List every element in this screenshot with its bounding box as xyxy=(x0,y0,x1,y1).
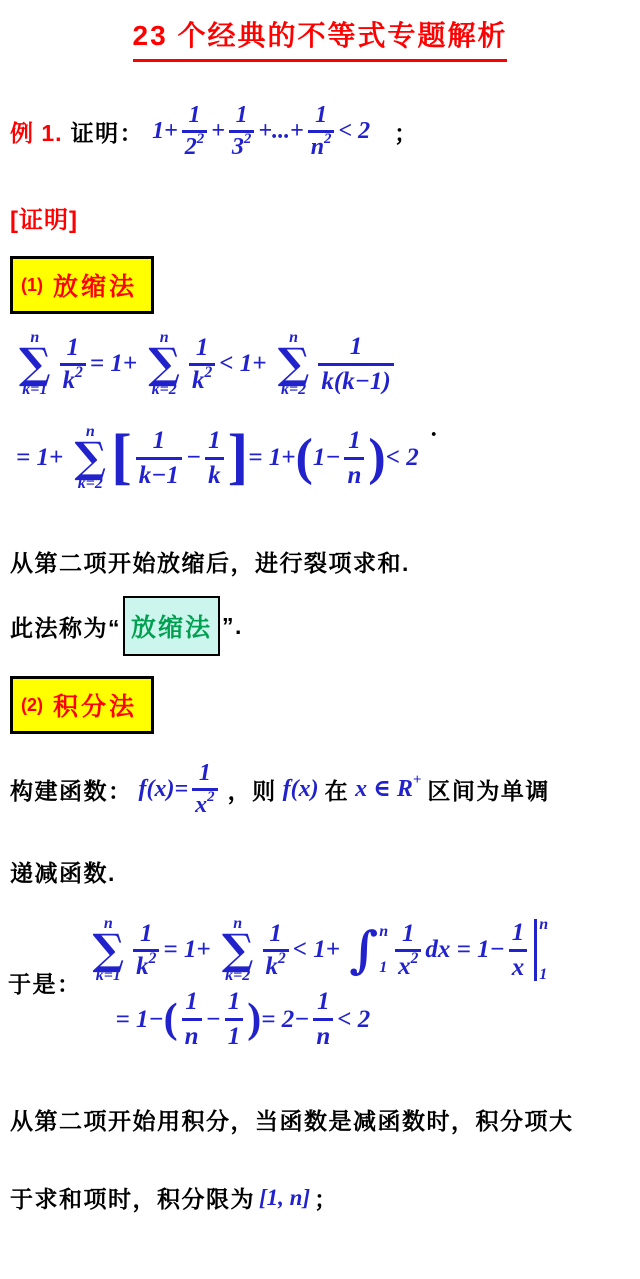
math-token xyxy=(509,949,528,952)
math-token: 3 xyxy=(232,135,244,160)
math-token: 1 xyxy=(233,102,251,128)
math-token xyxy=(534,919,537,981)
math-token: 1 xyxy=(199,760,211,786)
math-token: 1 xyxy=(153,427,166,455)
math-token: x xyxy=(398,954,411,980)
limits-prefix-text: 于求和项时，积分限为 xyxy=(10,1181,255,1214)
math-token: 1 xyxy=(509,919,528,947)
math-token: 1x2 xyxy=(395,920,421,981)
math-token: 1+ xyxy=(152,118,178,144)
math-token: n xyxy=(311,135,324,160)
math-token: ∑ xyxy=(148,346,180,382)
integral-derivation-block: 于是： n∑k=11k2= 1+ n∑k=21k2< 1+ ∫n11x2dx =… xyxy=(8,916,548,1050)
math-token: ∑ xyxy=(75,440,107,476)
math-token: 1 xyxy=(350,333,363,361)
math-token: 11 xyxy=(225,988,244,1050)
math-token: n2 xyxy=(311,135,332,160)
math-token: k=2 xyxy=(225,968,250,984)
document-page: 23 个经典的不等式专题解析 例 1. 证明： 1+122+132+...+1n… xyxy=(0,0,640,1279)
prove-text: 证明： xyxy=(71,115,145,148)
math-token: 32 xyxy=(229,135,254,160)
math-token: < 2 xyxy=(337,1006,370,1034)
math-token: 22 xyxy=(185,135,204,160)
math-token: n xyxy=(344,462,364,490)
math-token: 2 xyxy=(149,951,157,967)
math-token: 1x2 xyxy=(192,760,217,819)
statement-semicolon: ； xyxy=(394,115,419,148)
integral-formula-line-2: = 1−(1n−11)= 2−1n< 2 xyxy=(116,988,549,1050)
math-token: k xyxy=(63,368,76,394)
math-token: k2 xyxy=(263,954,289,980)
math-token: k(k−1) xyxy=(318,368,393,396)
math-token: n1 xyxy=(539,917,548,983)
integral-note-line-2: 于求和项时，积分限为 [1, n] ； xyxy=(10,1181,339,1214)
math-token: k(k−1) xyxy=(321,368,390,396)
math-token: k=1 xyxy=(22,382,47,398)
math-token: 1 xyxy=(185,102,203,128)
math-token: 122 xyxy=(182,102,207,161)
math-token: = 1+ xyxy=(16,444,70,472)
proof-heading: [证明] xyxy=(10,200,78,235)
construct-label: 构建函数： xyxy=(10,773,133,806)
math-token: ∫ xyxy=(349,929,378,972)
math-token: = 1+ xyxy=(163,936,217,964)
math-token: 1 xyxy=(315,102,327,128)
math-token: 1 xyxy=(196,334,209,362)
math-token: x2 xyxy=(395,954,421,980)
math-token: n∑k=2 xyxy=(278,330,310,398)
math-token: n∑k=2 xyxy=(148,330,180,398)
math-token: n xyxy=(182,1023,202,1051)
math-token: 1 xyxy=(64,334,83,362)
math-token: 1k2 xyxy=(133,920,159,981)
math-token: x2 xyxy=(398,954,418,980)
integral-note-line-1: 从第二项开始用积分，当函数是减函数时，积分项大 xyxy=(10,1103,574,1136)
math-token: 1 xyxy=(208,427,221,455)
math-token: ( xyxy=(296,437,313,479)
method-name-prefix: 此法称为“ xyxy=(10,610,121,643)
math-token: 1 xyxy=(150,427,169,455)
math-token: k2 xyxy=(133,954,159,980)
math-token: 1k2 xyxy=(263,920,289,981)
math-token: k=2 xyxy=(152,382,177,398)
math-token: 2 xyxy=(75,365,83,381)
math-token: ] xyxy=(228,433,249,483)
math-token: 1n xyxy=(182,988,202,1050)
example-1-statement: 例 1. 证明： 1+122+132+...+1n2< 2 ； xyxy=(10,90,419,172)
interval-formula: [1, n] xyxy=(259,1185,310,1210)
math-token: 1 xyxy=(205,427,224,455)
math-token: 1 xyxy=(314,988,333,1016)
math-token xyxy=(318,363,393,366)
math-token: n∑k=1 xyxy=(19,330,51,398)
method-1-box: (1) 放缩法 xyxy=(10,256,154,314)
math-token: k2 xyxy=(189,368,215,394)
math-token: R+ xyxy=(397,776,422,803)
method-1-index: (1) xyxy=(21,275,43,296)
method-2-index: (2) xyxy=(21,695,43,716)
math-token: f(x)= xyxy=(139,776,189,802)
math-token: 1 xyxy=(347,333,366,361)
math-token: 1 xyxy=(539,967,548,983)
math-token: 1n xyxy=(313,988,333,1050)
math-token: 1− xyxy=(313,444,341,472)
math-token: n xyxy=(313,1023,333,1051)
method-1-name: 放缩法 xyxy=(53,267,137,303)
math-token: 2 xyxy=(207,790,214,805)
method-name-sentence: 此法称为“ 放缩法 ”. xyxy=(10,597,243,655)
math-token: ∫n1 xyxy=(349,924,388,976)
decreasing-text: 递减函数. xyxy=(10,855,116,888)
math-token: n xyxy=(539,917,548,933)
math-token: ( xyxy=(164,1003,178,1037)
math-token: 1x xyxy=(509,919,528,981)
math-token: 1 xyxy=(228,1023,241,1051)
x-domain-formula: x ∈ R+ xyxy=(355,776,421,803)
math-token: 2 xyxy=(205,365,213,381)
math-token: − xyxy=(206,1006,221,1034)
construct-function-line: 构建函数： f(x)=1x2 ，则 f(x) 在 x ∈ R+ 区间为单调 xyxy=(10,743,550,835)
math-token: n2 xyxy=(308,135,335,160)
math-token: f(x) xyxy=(283,776,319,802)
math-token: n xyxy=(185,1023,199,1051)
math-token: 1 xyxy=(225,988,244,1016)
math-token: < 2 xyxy=(386,444,419,472)
math-token: 2 xyxy=(197,132,204,147)
math-token: ) xyxy=(247,1003,261,1037)
math-token: [ xyxy=(111,433,132,483)
math-token: ∑ xyxy=(278,346,310,382)
math-token: k2 xyxy=(63,368,83,394)
math-token: 1k(k−1) xyxy=(318,333,393,395)
method-2-box: (2) 积分法 xyxy=(10,676,154,734)
math-token: 1k−1 xyxy=(136,427,182,489)
math-token: k xyxy=(136,954,149,980)
math-token: x2 xyxy=(195,793,214,818)
final-semicolon: ； xyxy=(314,1181,339,1214)
math-token xyxy=(136,457,182,460)
math-token: 22 xyxy=(182,135,207,160)
math-token: . xyxy=(431,416,437,442)
splitting-note: 从第二项开始放缩后，进行裂项求和. xyxy=(10,545,410,578)
math-token: = 1− xyxy=(116,1006,164,1034)
math-token: 1k xyxy=(205,427,224,489)
math-token: − xyxy=(186,444,201,472)
math-token: n1 xyxy=(379,924,388,976)
math-token: 132 xyxy=(229,102,254,161)
math-token: k−1 xyxy=(139,462,179,490)
math-token: 1 xyxy=(312,102,330,128)
math-token: k2 xyxy=(266,954,286,980)
math-token: 1 xyxy=(140,920,153,948)
thus-label: 于是： xyxy=(8,966,82,1050)
math-token: < 1+ xyxy=(293,936,347,964)
math-token: 1 xyxy=(269,920,282,948)
math-token: k2 xyxy=(192,368,212,394)
math-token: ∑ xyxy=(222,932,254,968)
math-token: dx = 1− xyxy=(425,936,504,964)
math-token: n∑k=2 xyxy=(75,424,107,492)
math-token: k xyxy=(266,954,279,980)
scaling-formula-line-2: = 1+ n∑k=2[1k−1−1k]= 1+(1−1n)< 2. xyxy=(16,424,437,492)
math-token: 1 xyxy=(188,102,200,128)
title-block: 23 个经典的不等式专题解析 xyxy=(0,14,640,62)
math-token: 2 xyxy=(411,951,419,967)
math-token: [1, n] xyxy=(259,1185,310,1210)
math-token: n xyxy=(347,462,361,490)
math-token: x ∈ xyxy=(355,776,397,802)
math-token: 1 xyxy=(266,920,285,948)
math-token xyxy=(313,1018,333,1021)
math-token: 1 xyxy=(67,334,80,362)
math-token: < 1+ xyxy=(219,350,273,378)
math-token: 32 xyxy=(232,135,251,160)
math-token: 1 xyxy=(236,102,248,128)
math-token: n xyxy=(379,924,388,940)
page-title: 23 个经典的不等式专题解析 xyxy=(133,14,508,62)
math-token: 1 xyxy=(317,988,330,1016)
method-2-name: 积分法 xyxy=(53,687,137,723)
example-label: 例 1. xyxy=(10,115,63,148)
math-token: ) xyxy=(368,437,385,479)
math-token: n∑k=1 xyxy=(93,916,125,984)
math-token: 1k2 xyxy=(60,334,86,395)
integral-formula-line-1: n∑k=11k2= 1+ n∑k=21k2< 1+ ∫n11x2dx = 1−1… xyxy=(88,916,549,984)
math-token: 1 xyxy=(402,920,415,948)
math-token: k=2 xyxy=(78,476,103,492)
math-token xyxy=(182,1018,202,1021)
method-name-suffix: ”. xyxy=(222,613,243,640)
math-token: 2 xyxy=(278,951,286,967)
math-token: x xyxy=(195,793,207,818)
math-token: n1 xyxy=(534,917,548,983)
math-token: n∑k=2 xyxy=(222,916,254,984)
math-token: 1n2 xyxy=(308,102,335,161)
math-token: x2 xyxy=(192,793,217,818)
math-token xyxy=(225,1018,244,1021)
math-token: k=1 xyxy=(96,968,121,984)
math-token xyxy=(344,457,364,460)
math-token: 1 xyxy=(379,960,388,976)
math-token: x xyxy=(509,954,528,982)
example-formula: 1+122+132+...+1n2< 2 xyxy=(152,102,370,161)
math-token xyxy=(205,457,224,460)
integral-formula-column: n∑k=11k2= 1+ n∑k=21k2< 1+ ∫n11x2dx = 1−1… xyxy=(88,916,549,1050)
math-token: 2 xyxy=(244,132,251,147)
monotone-text: 区间为单调 xyxy=(427,773,550,806)
math-token: +...+ xyxy=(258,118,303,144)
math-token: 1 xyxy=(182,988,201,1016)
f-of-x-formula: f(x) xyxy=(283,776,319,802)
math-token: 2 xyxy=(324,132,331,147)
math-token: k=2 xyxy=(281,382,306,398)
math-token: k2 xyxy=(136,954,156,980)
math-token: k xyxy=(205,462,224,490)
math-token: 1 xyxy=(196,760,214,786)
math-token: k xyxy=(192,368,205,394)
math-token: k2 xyxy=(60,368,86,394)
math-token: x xyxy=(512,954,525,982)
scaling-method-term: 放缩法 xyxy=(123,596,220,656)
math-token: = 1+ xyxy=(248,444,295,472)
math-token: ∑ xyxy=(93,932,125,968)
math-token: 1k2 xyxy=(189,334,215,395)
math-token: k−1 xyxy=(136,462,182,490)
math-token: = 2− xyxy=(261,1006,309,1034)
in-text: 在 xyxy=(325,773,350,806)
math-token: 1 xyxy=(512,919,525,947)
math-token: 1 xyxy=(137,920,156,948)
math-token: + xyxy=(413,773,421,788)
math-token: 1n xyxy=(344,427,364,489)
math-token: 1 xyxy=(185,988,198,1016)
math-token: 2 xyxy=(185,135,197,160)
then-text: ，则 xyxy=(228,773,277,806)
math-token: 1 xyxy=(345,427,364,455)
math-token: < 2 xyxy=(338,118,370,144)
math-token: ∑ xyxy=(19,346,51,382)
scaling-formula-line-1: n∑k=11k2= 1+ n∑k=21k2< 1+ n∑k=21k(k−1) xyxy=(14,330,398,398)
math-token: k xyxy=(208,462,221,490)
math-token: 1 xyxy=(399,920,418,948)
math-token: 1 xyxy=(228,988,241,1016)
math-token: 1 xyxy=(193,334,212,362)
f-definition-formula: f(x)=1x2 xyxy=(139,760,222,819)
math-token: 1 xyxy=(348,427,361,455)
math-token: n xyxy=(316,1023,330,1051)
math-token: + xyxy=(211,118,225,144)
math-token: = 1+ xyxy=(90,350,144,378)
math-token: R xyxy=(397,776,413,803)
math-token: 1 xyxy=(225,1023,244,1051)
